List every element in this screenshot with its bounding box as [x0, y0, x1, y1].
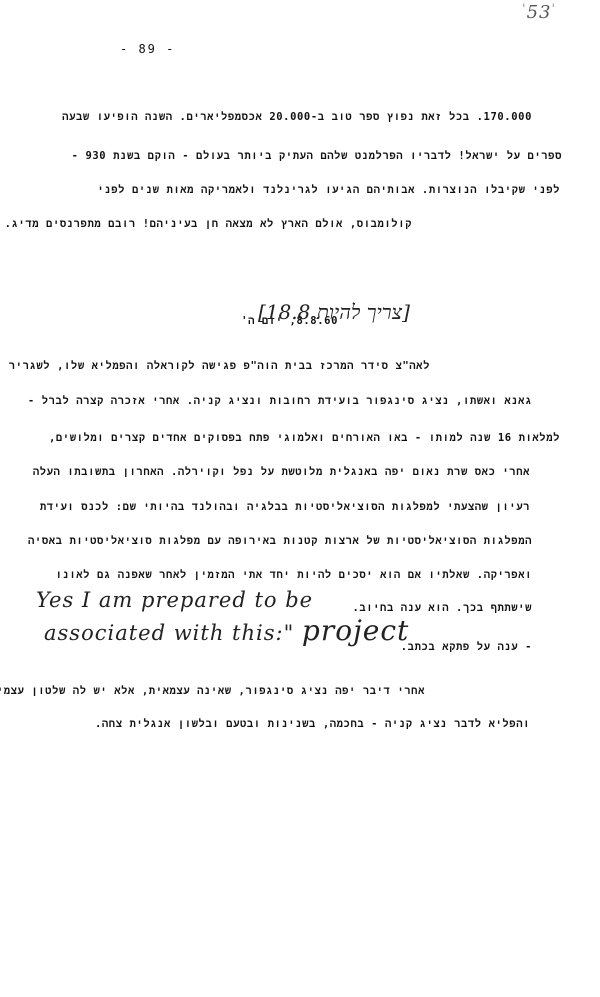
paragraph-2-line: המפלגות הסוציאליסטיות של ארצות קטנות באי… [28, 535, 532, 548]
handwritten-note-line-2-end: project [302, 614, 409, 647]
paragraph-1-line: קולומבוס, אולם הארץ לא מצאה חן בעיניהם! … [5, 218, 412, 231]
archive-number-value: 53 [527, 2, 552, 23]
handwritten-note-line-1: Yes I am prepared to be [36, 588, 313, 612]
handwritten-note-line-2-start: associated with this [44, 621, 276, 645]
paragraph-1-line: 170.000. בכל זאת נפוץ ספר טוב ב-20.000 א… [62, 111, 532, 124]
paragraph-2-line: רעיון שהצעתי למפלגות הסוציאליסטיות בבלגי… [40, 501, 530, 514]
paragraph-3-line: והפליא לדבר נציג קניה - בחכמה, בשנינות ו… [95, 718, 530, 731]
paragraph-2-line: למלאות 16 שנה למותו - באו האורחים ואלמוג… [49, 432, 560, 445]
paragraph-2-line: לאה"צ סידר המרכז בבית הוה"פ פגישה לקוראל… [9, 360, 430, 373]
paragraph-1-line: לפני שקיבלו הנוצרות. אבותיהם הגיעו לגרינ… [97, 184, 560, 197]
archive-number: '53' [522, 2, 556, 23]
paragraph-3-line: אחרי דיבר יפה נציג סינגפור, שאינה עצמאית… [0, 685, 425, 698]
handwritten-note-line-2: associated with this:" project [44, 614, 409, 647]
archive-bracket-right: ' [551, 2, 556, 17]
paragraph-2-line: גאנא ואשתו, נציג סינגפור בועידת רחובות ו… [28, 395, 532, 408]
paragraph-2-line: - ענה על פתקא בכתב. [401, 641, 532, 654]
handwritten-date-correction: [צריך להיות 18.8] [258, 300, 410, 325]
page-number: - 89 - [120, 42, 175, 56]
paragraph-2-line: אחרי כאס שרת נאום יפה באנגלית מלוטשת על … [33, 466, 530, 479]
paragraph-2-line: ואפריקה. שאלתיו אם הוא יסכים להיות יחד א… [56, 569, 532, 582]
paragraph-1-line: ספרים על ישראל! לדבריו הפרלמנט שלהם העתי… [72, 150, 562, 163]
